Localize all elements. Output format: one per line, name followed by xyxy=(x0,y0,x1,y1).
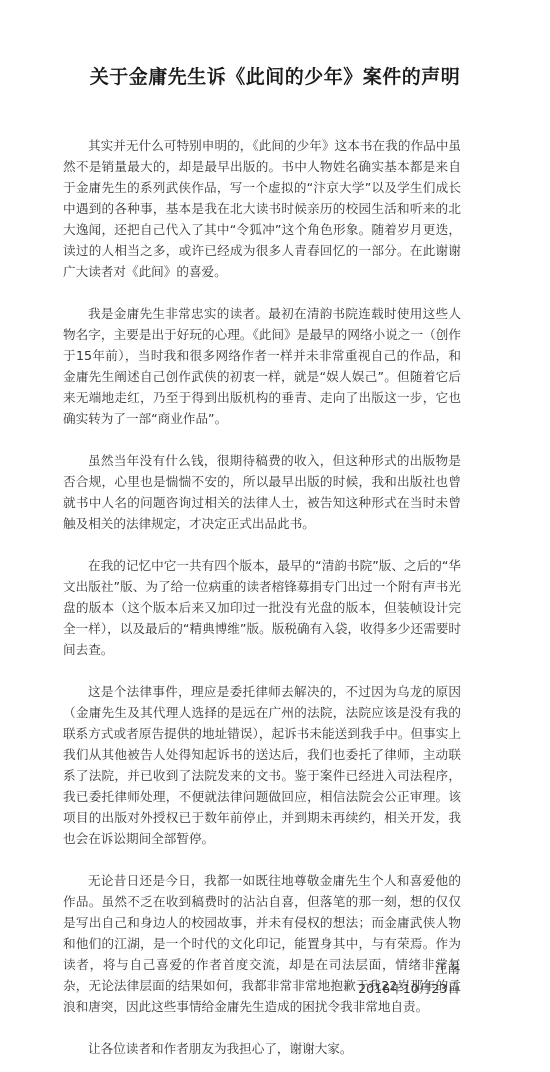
paragraph-1: 其实并无什么可特别申明的，《此间的少年》这本书在我的作品中虽然不是销量最大的，却… xyxy=(63,135,461,282)
paragraph-3: 虽然当年没有什么钱，很期待稿费的收入，但这种形式的出版物是否合规，心里也是惴惴不… xyxy=(63,450,461,534)
document-body: 其实并无什么可特别申明的，《此间的少年》这本书在我的作品中虽然不是销量最大的，却… xyxy=(63,135,461,1072)
signature-name: 江南 xyxy=(435,958,460,977)
paragraph-5: 这是个法律事件，理应是委托律师去解决的，不过因为乌龙的原因（金庸先生及其代理人选… xyxy=(63,681,461,849)
signature-date: 2016年10月23日 xyxy=(358,978,460,997)
paragraph-4: 在我的记忆中它一共有四个版本，最早的“清韵书院”版、之后的“华文出版社”版、为了… xyxy=(63,555,461,660)
paragraph-2: 我是金庸先生非常忠实的读者。最初在清韵书院连载时使用这些人物名字，主要是出于好玩… xyxy=(63,303,461,429)
statement-page: 关于金庸先生诉《此间的少年》案件的声明 其实并无什么可特别申明的，《此间的少年》… xyxy=(0,0,550,1072)
document-title: 关于金庸先生诉《此间的少年》案件的声明 xyxy=(0,62,550,89)
paragraph-7: 让各位读者和作者朋友为我担心了，谢谢大家。 xyxy=(63,1038,461,1059)
